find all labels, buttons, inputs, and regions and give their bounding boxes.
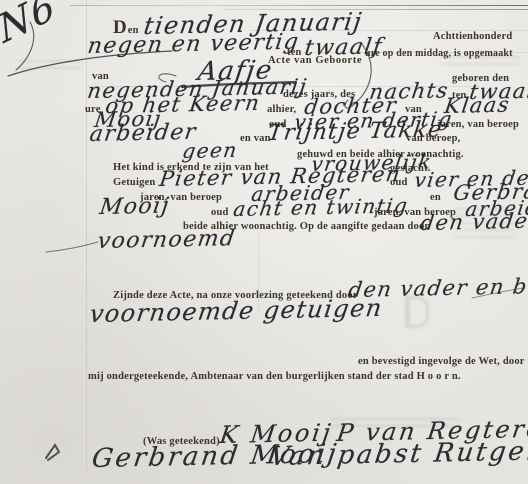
fold-crease	[86, 0, 87, 470]
act-number: N6	[0, 0, 61, 52]
printed-en: en	[430, 192, 441, 203]
top-border-rule	[70, 5, 528, 6]
signature-registrar: Van pabst Rutgers	[268, 436, 528, 472]
handwritten-voornoemd: voornoemd	[96, 226, 237, 254]
printed-bevestigd: en bevestigd ingevolge de Wet, door	[358, 356, 525, 367]
printed-ambtenaar: mij ondergeteekende, Ambtenaar van den b…	[88, 371, 461, 382]
printed-van-beroep: van beroep,	[406, 133, 461, 144]
printed-alhier: alhier,	[267, 104, 296, 115]
bleed-through-artifact	[18, 60, 80, 72]
act-title: Acte van Geboorte	[268, 55, 362, 66]
mother-profession: geen	[181, 138, 239, 163]
printed-time-rest: ure op den middag, is opgemaakt	[365, 48, 513, 59]
birth-certificate-scan: N6 Den tienden Januarij Achttienhonderd …	[0, 0, 528, 484]
father-profession: arbeider	[88, 120, 198, 147]
printed-jaren-beroep: jaren, van beroep	[437, 119, 519, 130]
printed-oud-3: oud	[211, 207, 229, 218]
printed-oud-2: oud	[390, 177, 408, 188]
printed-getuigen: Getuigen	[113, 177, 155, 188]
printed-year: Achttienhonderd	[433, 31, 512, 42]
declarant: den vader	[419, 209, 528, 235]
bleed-through-artifact	[405, 296, 429, 328]
pen-flourish	[46, 445, 59, 460]
witness2-last-name: Mooij	[98, 194, 172, 220]
pen-flourish	[46, 242, 98, 252]
handwritten-geteekend-door-2: voornoemde getuigen	[88, 294, 385, 328]
